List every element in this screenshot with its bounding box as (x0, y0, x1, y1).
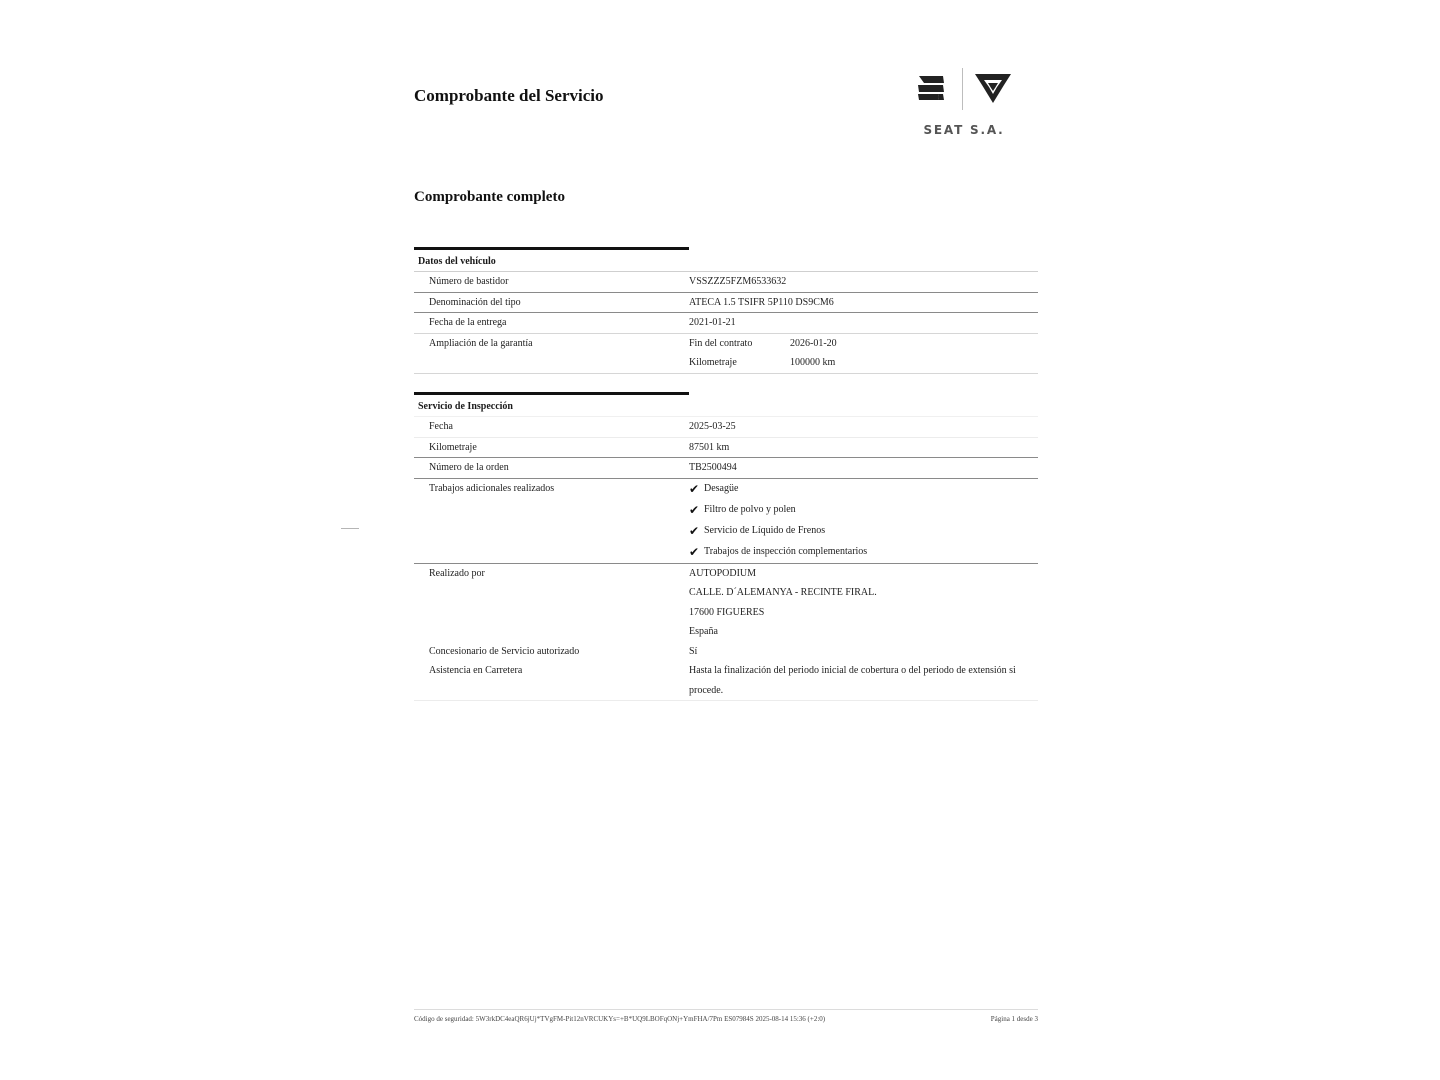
seat-logo: SEAT S.A. (914, 66, 1024, 142)
table-row: Asistencia en Carretera Hasta la finaliz… (414, 661, 1038, 701)
row-label: Número de la orden (414, 458, 689, 478)
row-value: Hasta la finalización del periodo inicia… (689, 661, 1038, 700)
warranty-key: Fin del contrato (689, 334, 790, 354)
warranty-value: 100000 km (790, 353, 835, 373)
page-footer: Código de seguridad: 5W3rkDC4eaQR6jUj*TV… (414, 1009, 1038, 1023)
warranty-key: Kilometraje (689, 353, 790, 373)
work-item-label: Servicio de Líquido de Frenos (704, 521, 825, 541)
checkmark-icon: ✔ (689, 546, 704, 558)
seat-logo-icon (916, 74, 946, 102)
table-row: Número de bastidor VSSZZZ5FZM6533632 (414, 272, 1038, 293)
page-number: Página 1 desde 3 (991, 1015, 1038, 1023)
row-value: 2021-01-21 (689, 313, 1038, 333)
warranty-item: Fin del contrato 2026-01-20 (689, 334, 1038, 354)
row-label: Ampliación de la garantía (414, 334, 689, 373)
table-row: Kilometraje 87501 km (414, 438, 1038, 459)
dealer-city: 17600 FIGUERES (689, 603, 1038, 623)
inspection-section: Servicio de Inspección Fecha 2025-03-25 … (414, 392, 1038, 701)
warranty-item: Kilometraje 100000 km (689, 353, 1038, 373)
security-code: Código de seguridad: 5W3rkDC4eaQR6jUj*TV… (414, 1015, 825, 1023)
row-value: TB2500494 (689, 458, 1038, 478)
row-label: Fecha de la entrega (414, 313, 689, 333)
list-item: ✔ Servicio de Líquido de Frenos (689, 521, 1038, 542)
row-label: Kilometraje (414, 438, 689, 458)
row-label: Realizado por (414, 564, 689, 642)
row-label: Asistencia en Carretera (414, 661, 689, 700)
inspection-heading: Servicio de Inspección (414, 395, 1038, 417)
table-row: Fecha 2025-03-25 (414, 417, 1038, 438)
warranty-values: Fin del contrato 2026-01-20 Kilometraje … (689, 334, 1038, 373)
additional-work-row: Trabajos adicionales realizados ✔ Desagü… (414, 479, 1038, 564)
row-label: Fecha (414, 417, 689, 437)
list-item: ✔ Filtro de polvo y polen (689, 500, 1038, 521)
dealer-address: AUTOPODIUM CALLE. D´ALEMANYA - RECINTE F… (689, 564, 1038, 642)
brand-name: SEAT S.A. (914, 123, 1014, 137)
dealer-name: AUTOPODIUM (689, 564, 1038, 584)
checkmark-icon: ✔ (689, 504, 704, 516)
vehicle-data-section: Datos del vehículo Número de bastidor VS… (414, 247, 1038, 374)
row-label: Número de bastidor (414, 272, 689, 292)
document-title: Comprobante del Servicio (414, 86, 604, 106)
warranty-row: Ampliación de la garantía Fin del contra… (414, 334, 1038, 374)
row-value: ATECA 1.5 TSIFR 5P110 DS9CM6 (689, 293, 1038, 313)
additional-work-list: ✔ Desagüe ✔ Filtro de polvo y polen ✔ Se… (689, 479, 1038, 563)
list-item: ✔ Trabajos de inspección complementarios (689, 542, 1038, 563)
row-value: Sí (689, 642, 1038, 662)
table-row: Fecha de la entrega 2021-01-21 (414, 313, 1038, 334)
warranty-value: 2026-01-20 (790, 334, 837, 354)
row-value: 2025-03-25 (689, 417, 1038, 437)
logo-divider (962, 68, 963, 110)
table-row: Concesionario de Servicio autorizado Sí (414, 642, 1038, 662)
performed-by-row: Realizado por AUTOPODIUM CALLE. D´ALEMAN… (414, 564, 1038, 642)
stray-mark (341, 528, 359, 529)
list-item: ✔ Desagüe (689, 479, 1038, 500)
row-value: 87501 km (689, 438, 1038, 458)
section-title: Comprobante completo (414, 189, 565, 206)
row-label: Concesionario de Servicio autorizado (414, 642, 689, 662)
work-item-label: Filtro de polvo y polen (704, 500, 796, 520)
document-page: Comprobante del Servicio SEAT S.A. Compr… (414, 0, 1038, 1080)
cupra-logo-icon (974, 72, 1012, 104)
vehicle-data-heading: Datos del vehículo (414, 250, 1038, 272)
row-label: Trabajos adicionales realizados (414, 479, 689, 563)
table-row: Número de la orden TB2500494 (414, 458, 1038, 479)
work-item-label: Trabajos de inspección complementarios (704, 542, 867, 562)
table-row: Denominación del tipo ATECA 1.5 TSIFR 5P… (414, 293, 1038, 314)
row-label: Denominación del tipo (414, 293, 689, 313)
checkmark-icon: ✔ (689, 483, 704, 495)
checkmark-icon: ✔ (689, 525, 704, 537)
row-value: VSSZZZ5FZM6533632 (689, 272, 1038, 292)
dealer-country: España (689, 622, 1038, 642)
work-item-label: Desagüe (704, 479, 738, 499)
dealer-street: CALLE. D´ALEMANYA - RECINTE FIRAL. (689, 583, 1038, 603)
